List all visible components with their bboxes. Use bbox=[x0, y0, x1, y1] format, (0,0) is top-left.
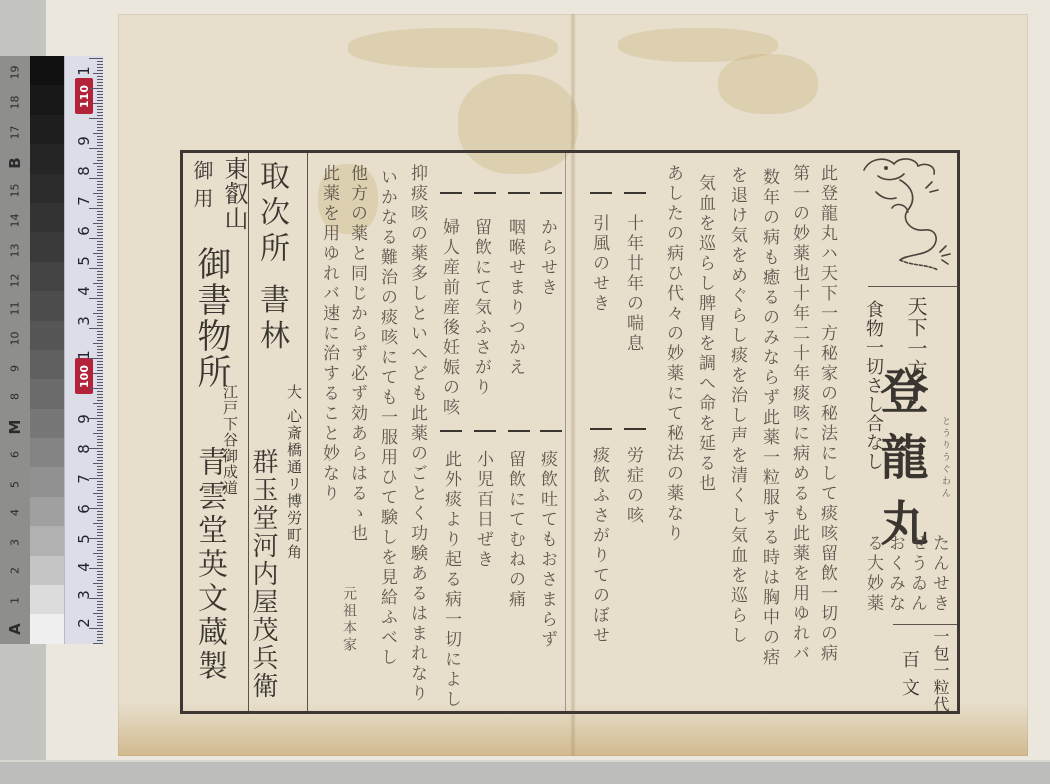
ruler-tick bbox=[97, 520, 103, 521]
ruler-tick bbox=[97, 190, 103, 191]
ruler-tick bbox=[97, 394, 103, 395]
ruler-tick bbox=[97, 277, 103, 278]
ruler-tick bbox=[93, 373, 103, 374]
indication-item: 労症の咳 bbox=[624, 446, 641, 526]
gray-step bbox=[30, 262, 64, 291]
scale-label: 14 bbox=[9, 210, 22, 232]
ruler-tick bbox=[97, 550, 103, 551]
explanation-column: 抑痰咳の薬多しといへども此薬のごとく功験あるはまれなり bbox=[408, 164, 425, 704]
ruler-tick bbox=[97, 232, 103, 233]
ruler-tick bbox=[97, 610, 103, 611]
scale-label: 10 bbox=[9, 328, 22, 350]
ruler-tick bbox=[97, 364, 103, 365]
ruler-tick bbox=[97, 367, 103, 368]
ruler-tick bbox=[97, 169, 103, 170]
gray-step bbox=[30, 350, 64, 379]
osaka-location: 大 心斎橋通リ博労町角 bbox=[286, 384, 301, 561]
ruler-tick bbox=[97, 607, 103, 608]
ruler-tick bbox=[97, 382, 103, 383]
scale-label: A bbox=[6, 618, 24, 640]
preface-column: 気血を巡らし脾胃を調へ命を延る也 bbox=[696, 174, 713, 494]
ruler-tick bbox=[97, 337, 103, 338]
ruler-tick bbox=[97, 637, 103, 638]
ruler-tick bbox=[97, 604, 103, 605]
ruler-tick bbox=[97, 172, 103, 173]
ruler-tick bbox=[97, 379, 103, 380]
ruler-tick bbox=[89, 328, 103, 329]
ruler-tick bbox=[93, 433, 103, 434]
gray-step bbox=[30, 614, 64, 643]
ruler-tick bbox=[97, 445, 103, 446]
explanation-column: 此薬を用ゆれバ速に治すること妙なり bbox=[320, 164, 337, 504]
ruler-number: 6 bbox=[75, 498, 93, 520]
scale-label: B bbox=[6, 152, 24, 174]
ruler-tick bbox=[97, 370, 103, 371]
ruler-tick bbox=[97, 250, 103, 251]
edo-publisher: 青雲堂英文蔵製 bbox=[194, 446, 224, 684]
inventor-mark: 元祖本家 bbox=[342, 586, 356, 654]
ruler-tick bbox=[97, 127, 103, 128]
ruler-tick bbox=[97, 61, 103, 62]
indication-text: たんせき bbox=[930, 534, 947, 614]
indication-item: 咽喉せまりつかえ bbox=[506, 218, 523, 378]
ruler-tick bbox=[97, 70, 103, 71]
ruler-tick bbox=[97, 460, 103, 461]
ruler-tick bbox=[97, 619, 103, 620]
divider-rule bbox=[307, 153, 308, 711]
ruler-number: 1 bbox=[75, 344, 93, 366]
ruler-tick bbox=[97, 280, 103, 281]
dragon-icon bbox=[856, 152, 962, 280]
ruler-tick bbox=[97, 601, 103, 602]
item-bullet bbox=[508, 430, 530, 432]
ruler-tick bbox=[97, 202, 103, 203]
ruler-tick bbox=[97, 76, 103, 77]
product-reading: とうりうぐわん bbox=[940, 416, 949, 500]
ruler-tick bbox=[97, 586, 103, 587]
ruler-tick bbox=[97, 244, 103, 245]
ruler-tick bbox=[97, 391, 103, 392]
ruler-tick bbox=[97, 412, 103, 413]
gray-step bbox=[30, 174, 64, 203]
ruler-tick bbox=[97, 541, 103, 542]
ruler-tick bbox=[97, 595, 103, 596]
ruler-tick bbox=[97, 571, 103, 572]
ruler-tick bbox=[97, 187, 103, 188]
ruler-tick bbox=[97, 139, 103, 140]
gray-step bbox=[30, 85, 64, 114]
preface-column: 第一の妙薬也十年二十年痰咳に病めるも此薬を用ゆれバ bbox=[790, 164, 807, 664]
ruler-tick bbox=[97, 526, 103, 527]
ruler-tick bbox=[89, 448, 103, 449]
ruler-tick bbox=[89, 208, 103, 209]
ruler-tick bbox=[97, 442, 103, 443]
ruler-tick bbox=[89, 418, 103, 419]
ruler-tick bbox=[97, 502, 103, 503]
ruler-tick bbox=[97, 271, 103, 272]
item-bullet bbox=[508, 192, 530, 194]
ruler-tick bbox=[97, 292, 103, 293]
ruler-tick bbox=[97, 349, 103, 350]
ruler-badge: 110 bbox=[75, 78, 93, 114]
ruler-number: 3 bbox=[75, 584, 93, 606]
ruler-tick bbox=[97, 505, 103, 506]
ruler-tick bbox=[97, 544, 103, 545]
ruler-tick bbox=[97, 310, 103, 311]
scale-label: 1 bbox=[9, 590, 22, 612]
ruler-tick bbox=[89, 58, 103, 59]
item-bullet bbox=[590, 192, 612, 194]
ruler-tick bbox=[97, 514, 103, 515]
ruler-tick bbox=[93, 163, 103, 164]
scale-label: 12 bbox=[9, 270, 22, 292]
ruler-tick bbox=[97, 166, 103, 167]
scale-label: 8 bbox=[9, 386, 22, 408]
item-bullet bbox=[440, 430, 462, 432]
indication-text: る大妙薬 bbox=[864, 534, 881, 614]
ruler-tick bbox=[97, 115, 103, 116]
indication-item: 痰飲吐てもおさまらず bbox=[538, 450, 555, 650]
scale-label: 5 bbox=[9, 474, 22, 496]
ruler-tick bbox=[97, 145, 103, 146]
ruler-tick bbox=[97, 469, 103, 470]
ruler-tick bbox=[97, 466, 103, 467]
scale-label: 17 bbox=[9, 122, 22, 144]
indication-item: 小児百日ぜき bbox=[474, 450, 491, 570]
ruler-tick bbox=[97, 220, 103, 221]
divider-rule bbox=[893, 624, 957, 625]
ruler-tick bbox=[97, 64, 103, 65]
ruler-tick bbox=[97, 136, 103, 137]
gray-scale-labels: 19 18 17 B 15 14 13 12 11 10 9 8 M 6 5 4… bbox=[0, 56, 30, 644]
gray-step bbox=[30, 203, 64, 232]
ruler-tick bbox=[97, 316, 103, 317]
ruler-tick bbox=[97, 547, 103, 548]
ruler-tick bbox=[97, 211, 103, 212]
ruler-tick bbox=[97, 346, 103, 347]
scale-label: 2 bbox=[9, 560, 22, 582]
product-char: 龍 bbox=[872, 432, 928, 498]
price-label: 一包一粒代 bbox=[932, 628, 948, 713]
ruler-tick bbox=[97, 487, 103, 488]
price-value: 百文 bbox=[900, 650, 918, 706]
ruler-tick bbox=[97, 322, 103, 323]
ruler-tick bbox=[93, 613, 103, 614]
ruler-tick bbox=[97, 574, 103, 575]
ruler-tick bbox=[97, 286, 103, 287]
indication-item: 痰飲ふさがりてのぼせ bbox=[590, 446, 607, 646]
ruler-tick bbox=[97, 577, 103, 578]
gray-step bbox=[30, 321, 64, 350]
ruler-tick bbox=[97, 559, 103, 560]
gray-step bbox=[30, 438, 64, 467]
scale-label: 9 bbox=[9, 358, 22, 380]
ruler-tick bbox=[97, 424, 103, 425]
gray-step bbox=[30, 467, 64, 496]
gray-step bbox=[30, 232, 64, 261]
ruler-tick bbox=[89, 628, 103, 629]
ruler-tick bbox=[97, 436, 103, 437]
ruler-tick bbox=[97, 319, 103, 320]
ruler-tick bbox=[93, 193, 103, 194]
item-bullet bbox=[590, 428, 612, 430]
indication-item: 留飲にて気ふさがり bbox=[472, 218, 489, 398]
ruler-tick bbox=[97, 205, 103, 206]
item-bullet bbox=[540, 430, 562, 432]
ruler-tick bbox=[97, 415, 103, 416]
scale-label: 13 bbox=[9, 240, 22, 262]
explanation-column: いかなる難治の痰咳にても一服用ひて験しを見給ふべし bbox=[378, 168, 395, 668]
ruler-tick bbox=[97, 307, 103, 308]
ruler-tick bbox=[97, 121, 103, 122]
edo-shop-title: 御書物所 bbox=[194, 246, 228, 390]
gray-step bbox=[30, 291, 64, 320]
ruler-tick bbox=[97, 124, 103, 125]
ruler-tick bbox=[93, 493, 103, 494]
ruler-number: 7 bbox=[75, 468, 93, 490]
divider-rule bbox=[565, 153, 566, 711]
ruler-tick bbox=[97, 175, 103, 176]
ruler-tick bbox=[89, 148, 103, 149]
ruler-tick bbox=[97, 226, 103, 227]
ruler-tick bbox=[97, 439, 103, 440]
ruler-tick bbox=[97, 229, 103, 230]
ruler-tick bbox=[97, 109, 103, 110]
ruler-tick bbox=[97, 184, 103, 185]
ruler-number: 8 bbox=[75, 438, 93, 460]
ruler-tick bbox=[97, 532, 103, 533]
ruler-tick bbox=[97, 256, 103, 257]
ruler-tick bbox=[97, 289, 103, 290]
gray-step bbox=[30, 585, 64, 614]
ruler-tick bbox=[97, 295, 103, 296]
ruler-tick bbox=[97, 634, 103, 635]
ruler-tick bbox=[93, 343, 103, 344]
indication-text: おくみな bbox=[886, 534, 903, 614]
distributors-label: 取次所 書林 bbox=[256, 160, 286, 356]
edo-line1: 東叡山 bbox=[222, 156, 246, 231]
ruler-tick bbox=[97, 499, 103, 500]
ruler-tick bbox=[97, 427, 103, 428]
ruler-tick bbox=[97, 385, 103, 386]
divider-rule bbox=[868, 286, 958, 287]
scale-label: M bbox=[6, 416, 24, 438]
ruler-number: 1 bbox=[75, 60, 93, 82]
item-bullet bbox=[474, 192, 496, 194]
ruler-tick bbox=[89, 268, 103, 269]
ruler-tick bbox=[97, 529, 103, 530]
ruler-tick bbox=[97, 472, 103, 473]
ruler-tick bbox=[89, 538, 103, 539]
scale-label: 19 bbox=[9, 62, 22, 84]
ruler-tick bbox=[93, 283, 103, 284]
water-stain bbox=[348, 28, 558, 68]
osaka-shop: 群玉堂河内屋茂兵衛 bbox=[250, 448, 276, 700]
ruler-tick bbox=[89, 478, 103, 479]
ruler-tick bbox=[93, 223, 103, 224]
ruler-tick bbox=[97, 589, 103, 590]
ruler-tick bbox=[97, 301, 103, 302]
ruler-tick bbox=[97, 400, 103, 401]
scale-label: 11 bbox=[9, 298, 22, 320]
measuring-ruler: 110 100 1 9 8 7 6 5 4 3 1 9 8 7 6 5 4 3 … bbox=[64, 56, 103, 644]
ruler-tick bbox=[97, 457, 103, 458]
ruler-tick bbox=[97, 199, 103, 200]
ruler-tick bbox=[97, 622, 103, 623]
ruler-tick bbox=[97, 106, 103, 107]
ruler-tick bbox=[97, 247, 103, 248]
ruler-tick bbox=[97, 265, 103, 266]
ruler-tick bbox=[89, 388, 103, 389]
ruler-tick bbox=[93, 73, 103, 74]
gray-step bbox=[30, 497, 64, 526]
ruler-tick bbox=[97, 355, 103, 356]
ruler-tick bbox=[97, 421, 103, 422]
ruler-tick bbox=[97, 85, 103, 86]
ruler-number: 4 bbox=[75, 556, 93, 578]
item-bullet bbox=[440, 192, 462, 194]
ruler-tick bbox=[97, 130, 103, 131]
ruler-tick bbox=[97, 304, 103, 305]
gray-step bbox=[30, 556, 64, 585]
gray-step bbox=[30, 115, 64, 144]
ruler-tick bbox=[97, 481, 103, 482]
ruler-tick bbox=[93, 103, 103, 104]
ruler-tick bbox=[93, 403, 103, 404]
ruler-tick bbox=[89, 178, 103, 179]
ruler-tick bbox=[97, 157, 103, 158]
ruler-tick bbox=[93, 313, 103, 314]
ruler-tick bbox=[97, 274, 103, 275]
preface-column: あしたの病ひ代々の妙薬にて秘法の薬なり bbox=[664, 164, 681, 544]
ruler-number: 9 bbox=[75, 408, 93, 430]
preface-column: を退け気をめぐらし痰を治し声を清くし気血を巡らし bbox=[728, 166, 745, 646]
ruler-tick bbox=[97, 331, 103, 332]
ruler-tick bbox=[97, 517, 103, 518]
ruler-tick bbox=[97, 616, 103, 617]
ruler-tick bbox=[97, 262, 103, 263]
edo-line2: 御用 bbox=[192, 160, 212, 216]
ruler-tick bbox=[97, 91, 103, 92]
gray-step bbox=[30, 56, 64, 85]
gray-step bbox=[30, 144, 64, 173]
ruler-tick bbox=[93, 463, 103, 464]
preface-column: 此登龍丸ハ天下一方秘家の秘法にして痰咳留飲一切の病 bbox=[818, 164, 835, 664]
indication-item: 留飲にてむねの痛 bbox=[506, 450, 523, 610]
ruler-tick bbox=[97, 241, 103, 242]
ruler-tick bbox=[97, 325, 103, 326]
ruler-tick bbox=[97, 160, 103, 161]
ruler-tick bbox=[97, 562, 103, 563]
ruler-tick bbox=[97, 142, 103, 143]
ruler-tick bbox=[97, 94, 103, 95]
indication-item: 十年廿年の喘息 bbox=[624, 214, 641, 354]
ruler-tick bbox=[97, 82, 103, 83]
ruler-tick bbox=[97, 361, 103, 362]
scale-label: 15 bbox=[9, 180, 22, 202]
item-bullet bbox=[624, 428, 646, 430]
scale-label: 3 bbox=[9, 532, 22, 554]
ruler-tick bbox=[97, 409, 103, 410]
ruler-tick bbox=[93, 523, 103, 524]
ruler-tick bbox=[97, 556, 103, 557]
ruler-tick bbox=[97, 397, 103, 398]
ruler-tick bbox=[97, 79, 103, 80]
ruler-tick bbox=[93, 253, 103, 254]
ruler-tick bbox=[97, 259, 103, 260]
ruler-tick bbox=[97, 475, 103, 476]
ruler-tick bbox=[89, 508, 103, 509]
preface-column: 数年の病も癒るのみならず此薬一粒服する時は胸中の痞 bbox=[760, 168, 777, 668]
item-bullet bbox=[624, 192, 646, 194]
ruler-tick bbox=[93, 553, 103, 554]
gray-step-wedge bbox=[30, 56, 64, 644]
ruler-tick bbox=[97, 592, 103, 593]
scale-label: 18 bbox=[9, 92, 22, 114]
ruler-tick bbox=[97, 451, 103, 452]
ruler-tick bbox=[89, 358, 103, 359]
ruler-tick bbox=[89, 598, 103, 599]
ruler-tick bbox=[97, 97, 103, 98]
ruler-tick bbox=[97, 340, 103, 341]
ruler-tick bbox=[97, 496, 103, 497]
item-bullet bbox=[474, 430, 496, 432]
ruler-tick bbox=[89, 88, 103, 89]
ruler-tick bbox=[97, 352, 103, 353]
ruler-tick bbox=[89, 568, 103, 569]
ruler-tick bbox=[93, 643, 103, 644]
ruler-tick bbox=[97, 625, 103, 626]
item-bullet bbox=[540, 192, 562, 194]
ruler-tick bbox=[97, 484, 103, 485]
indication-item: 婦人産前産後妊娠の咳 bbox=[440, 218, 457, 418]
ruler-tick bbox=[89, 238, 103, 239]
product-char: 登 bbox=[872, 366, 928, 432]
ruler-tick bbox=[97, 565, 103, 566]
ruler-tick bbox=[97, 430, 103, 431]
ruler-tick bbox=[97, 67, 103, 68]
scanner-bed-edge bbox=[0, 760, 1050, 784]
ruler-tick bbox=[97, 235, 103, 236]
indication-item: 此外痰より起る病一切によし bbox=[442, 450, 459, 710]
ruler-tick bbox=[89, 118, 103, 119]
ruler-tick bbox=[93, 133, 103, 134]
indication-item: 引風のせき bbox=[590, 214, 607, 314]
gray-step bbox=[30, 379, 64, 408]
ruler-tick bbox=[97, 217, 103, 218]
ruler-number: 5 bbox=[75, 528, 93, 550]
ruler-tick bbox=[97, 580, 103, 581]
color-scale-target: 19 18 17 B 15 14 13 12 11 10 9 8 M 6 5 4… bbox=[0, 56, 104, 644]
ruler-tick bbox=[97, 406, 103, 407]
ruler-tick bbox=[97, 151, 103, 152]
ruler-tick bbox=[97, 196, 103, 197]
ruler-tick bbox=[89, 298, 103, 299]
ruler-tick bbox=[97, 214, 103, 215]
ruler-tick bbox=[97, 376, 103, 377]
ruler-tick bbox=[97, 640, 103, 641]
indication-item: からせき bbox=[538, 218, 555, 298]
ruler-tick bbox=[97, 535, 103, 536]
ruler-number: 2 bbox=[75, 612, 93, 634]
ruler-tick bbox=[97, 112, 103, 113]
scale-label: 6 bbox=[9, 444, 22, 466]
ruler-tick bbox=[93, 583, 103, 584]
ruler-tick bbox=[97, 334, 103, 335]
gray-step bbox=[30, 409, 64, 438]
ruler-tick bbox=[97, 154, 103, 155]
ruler-tick bbox=[97, 511, 103, 512]
